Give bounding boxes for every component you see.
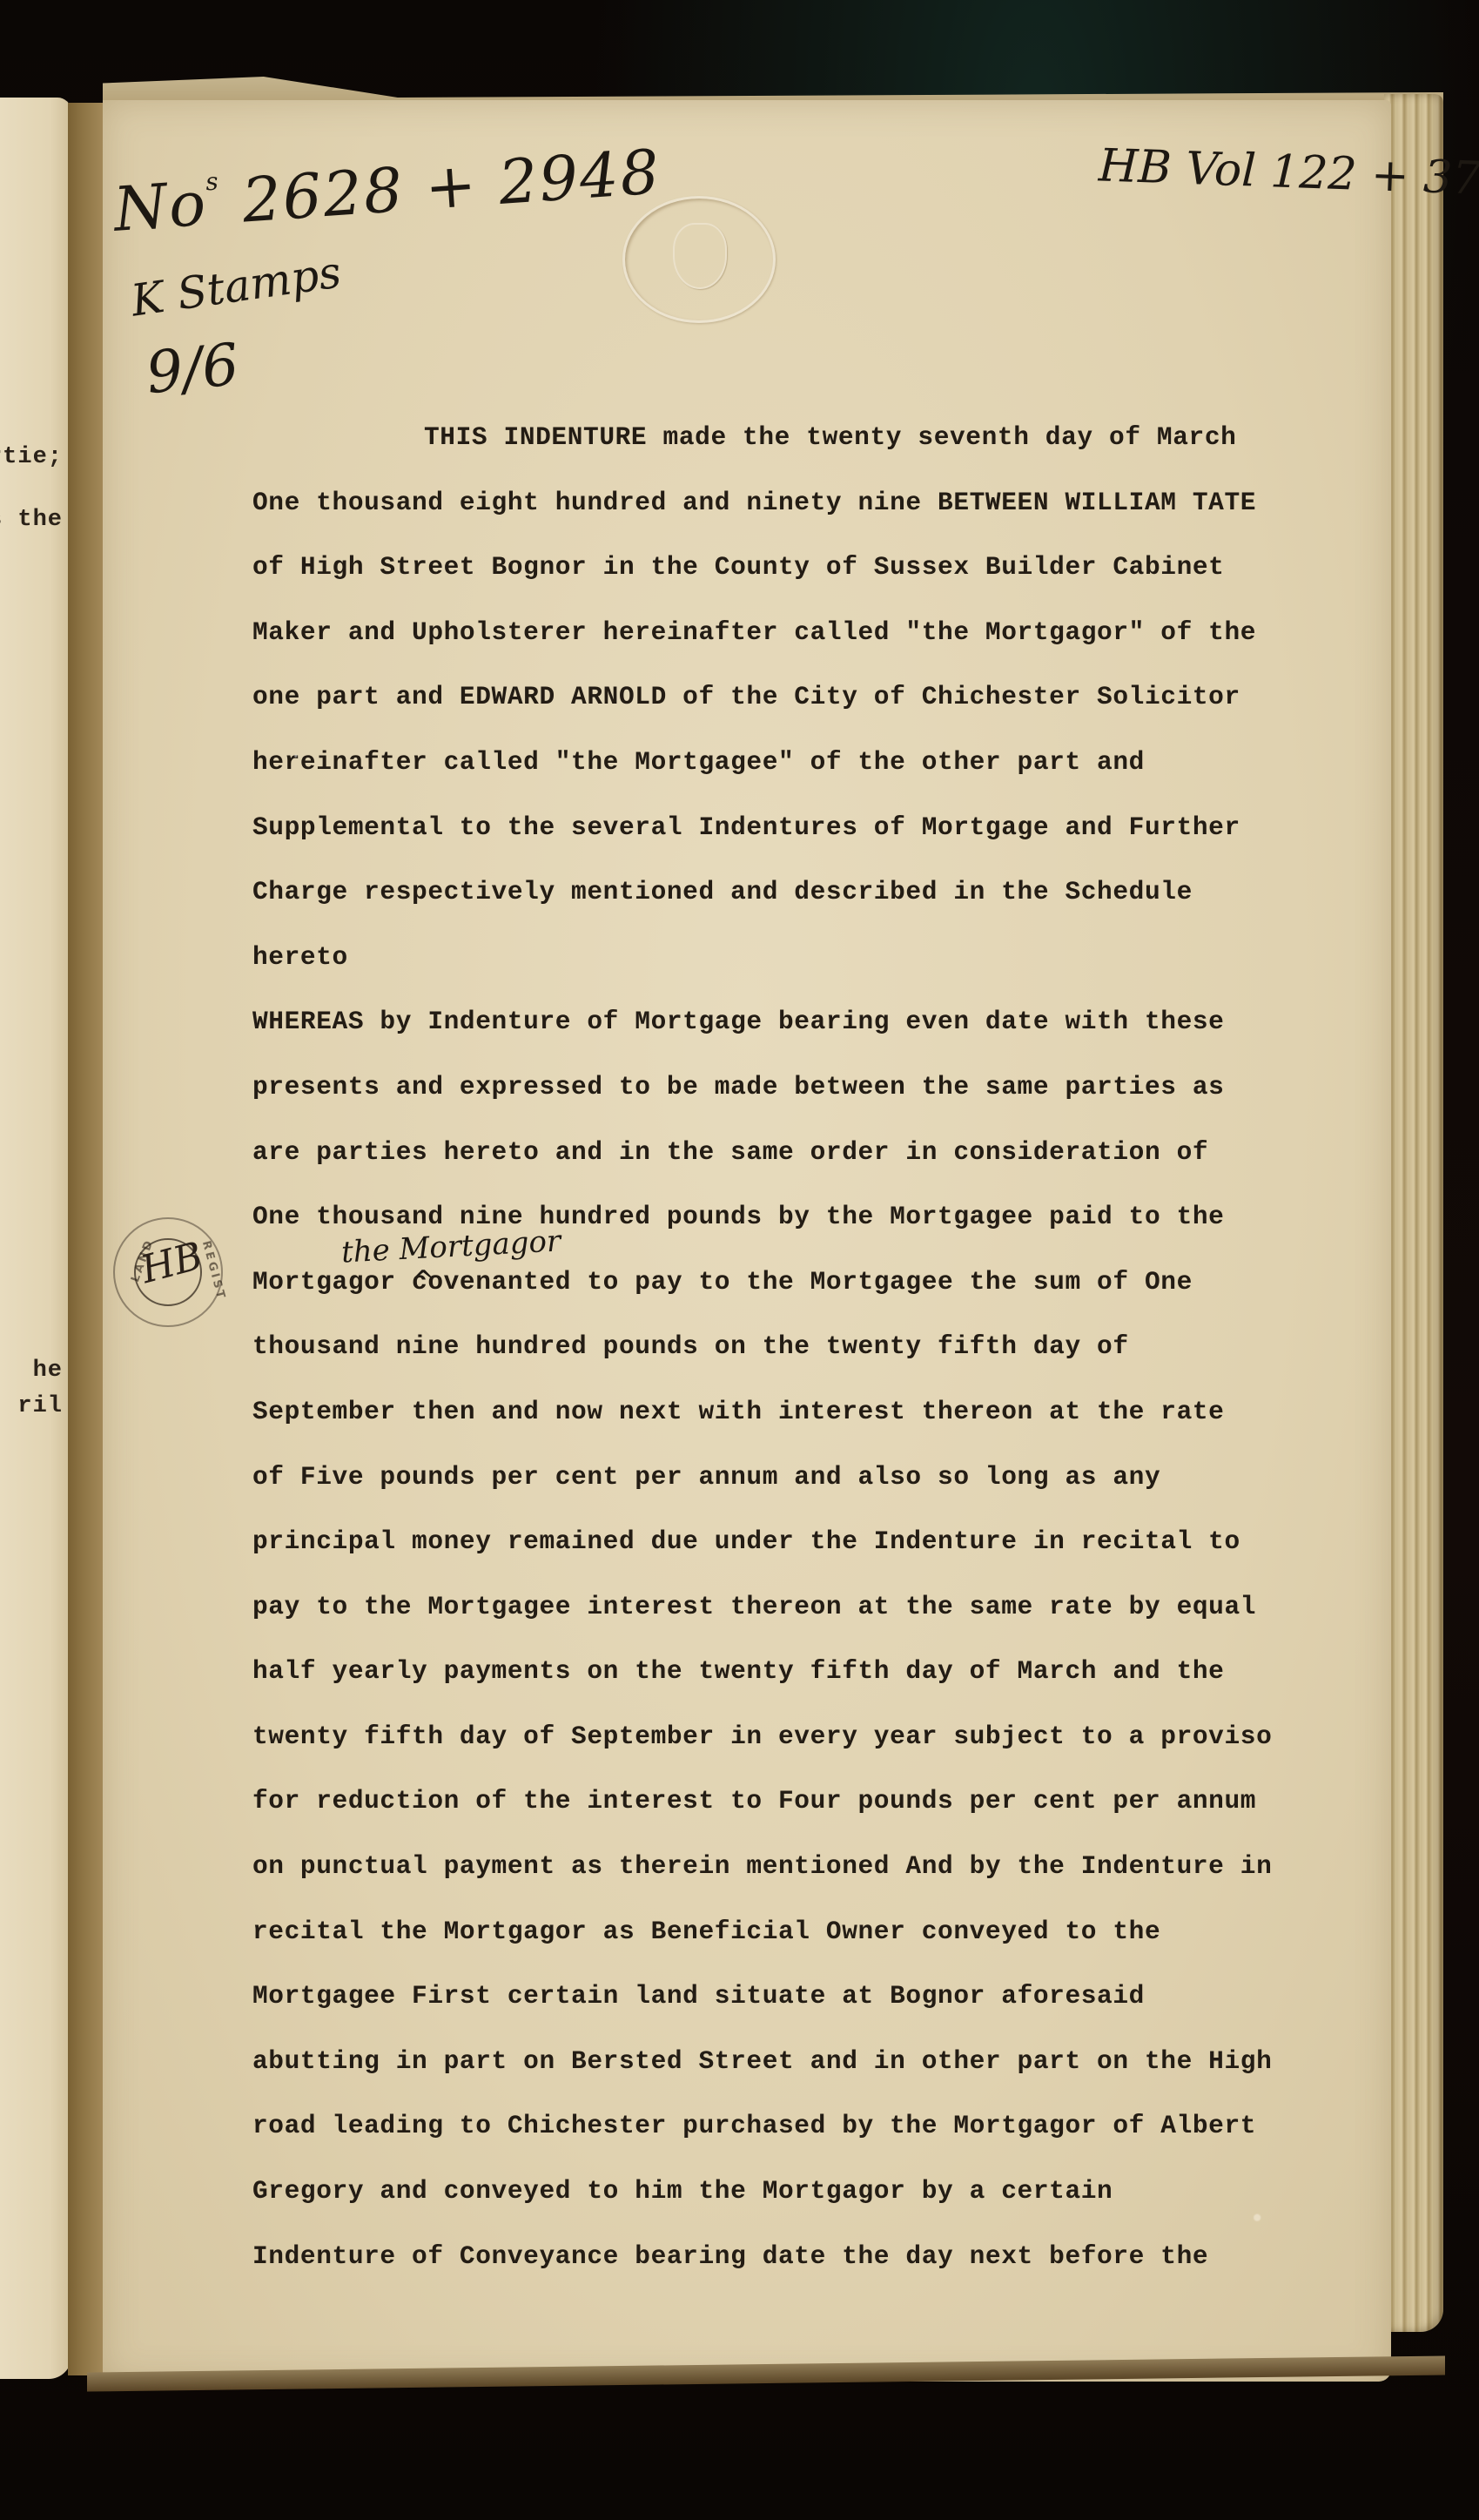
- indenture-body: THIS INDENTURE made the twenty seventh d…: [252, 405, 1375, 2288]
- left-page-fragment: s the: [0, 507, 63, 533]
- body-line: Indenture of Conveyance bearing date the…: [252, 2224, 1375, 2289]
- page-stack-edge: [1384, 94, 1443, 2332]
- body-line: One thousand eight hundred and ninety ni…: [252, 470, 1375, 536]
- stamps-value: 9/6: [143, 331, 242, 408]
- left-page-edge: rtie; s the he ril: [0, 98, 71, 2379]
- body-line: half yearly payments on the twenty fifth…: [252, 1639, 1375, 1704]
- book-gutter: [68, 103, 104, 2375]
- reference-prefix-super: s: [205, 166, 221, 196]
- body-line: September then and now next with interes…: [252, 1379, 1375, 1445]
- body-line: on punctual payment as therein mentioned…: [252, 1834, 1375, 1899]
- body-line: Maker and Upholsterer hereinafter called…: [252, 600, 1375, 665]
- body-line: road leading to Chichester purchased by …: [252, 2093, 1375, 2159]
- body-line: presents and expressed to be made betwee…: [252, 1054, 1375, 1120]
- body-line: Mortgagee First certain land situate at …: [252, 1964, 1375, 2029]
- body-line: of High Street Bognor in the County of S…: [252, 535, 1375, 600]
- body-line: Gregory and conveyed to him the Mortgago…: [252, 2159, 1375, 2224]
- left-page-fragment: rtie;: [0, 444, 63, 470]
- land-registry-stamp-icon: LAND REGIST HB: [113, 1217, 223, 1327]
- reference-prefix: No: [111, 168, 210, 246]
- body-line: thousand nine hundred pounds on the twen…: [252, 1314, 1375, 1379]
- body-line: Charge respectively mentioned and descri…: [252, 859, 1375, 925]
- body-line: one part and EDWARD ARNOLD of the City o…: [252, 664, 1375, 730]
- body-line: are parties hereto and in the same order…: [252, 1120, 1375, 1185]
- body-line: THIS INDENTURE made the twenty seventh d…: [252, 405, 1375, 470]
- body-line: WHEREAS by Indenture of Mortgage bearing…: [252, 989, 1375, 1054]
- body-line: hereto: [252, 925, 1375, 990]
- body-line: of Five pounds per cent per annum and al…: [252, 1445, 1375, 1510]
- body-line: Supplemental to the several Indentures o…: [252, 795, 1375, 860]
- left-page-fragment: he: [33, 1358, 63, 1384]
- body-line: One thousand nine hundred pounds by the …: [252, 1184, 1375, 1250]
- body-line: abutting in part on Bersted Street and i…: [252, 2029, 1375, 2094]
- body-line: for reduction of the interest to Four po…: [252, 1769, 1375, 1834]
- embossed-royal-seal-icon: [622, 196, 776, 323]
- body-line: twenty fifth day of September in every y…: [252, 1704, 1375, 1769]
- body-line: pay to the Mortgagee interest thereon at…: [252, 1574, 1375, 1640]
- body-line: principal money remained due under the I…: [252, 1509, 1375, 1574]
- body-line: Mortgagor covenanted to pay to the Mortg…: [252, 1250, 1375, 1315]
- body-line: hereinafter called "the Mortgagee" of th…: [252, 730, 1375, 795]
- body-line: recital the Mortgagor as Beneficial Owne…: [252, 1899, 1375, 1964]
- left-page-fragment: ril: [17, 1393, 63, 1419]
